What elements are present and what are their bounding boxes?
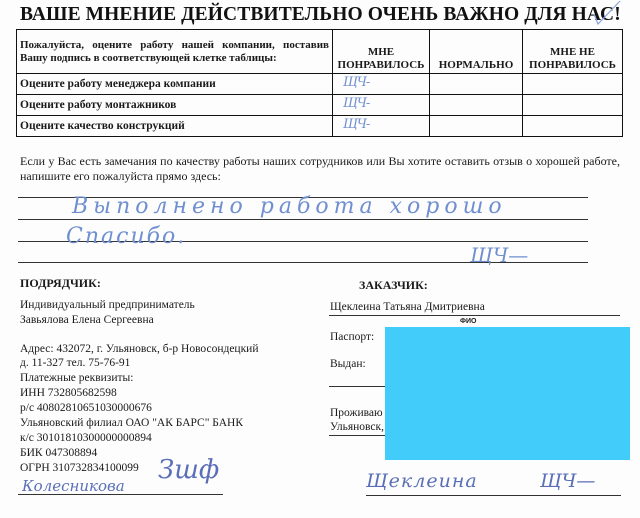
contractor-type: Индивидуальный предприниматель	[20, 298, 195, 313]
normal-cell[interactable]	[430, 95, 523, 116]
rating-table-header: Пожалуйста, оцените работу нашей компани…	[17, 30, 623, 74]
issued-line	[329, 386, 389, 387]
customer-name: Щеклеина Татьяна Дмитриевна	[330, 300, 485, 315]
contractor-signature[interactable]: Зшф	[158, 455, 219, 485]
customer-signature-line	[366, 495, 621, 496]
payment-heading: Платежные реквизиты:	[20, 371, 133, 386]
form-title: ВАШЕ МНЕНИЕ ДЕЙСТВИТЕЛЬНО ОЧЕНЬ ВАЖНО ДЛ…	[20, 4, 621, 26]
handwritten-feedback-signature: ЩЧ—	[470, 243, 528, 267]
disliked-cell[interactable]	[523, 95, 623, 116]
column-disliked-line1: МНЕ НЕ	[526, 46, 619, 59]
contractor-bik: БИК 047308894	[20, 446, 97, 461]
contractor-ogrn: ОГРН 310732834100099	[20, 461, 139, 476]
passport-label: Паспорт:	[330, 330, 374, 345]
contractor-heading: ПОДРЯДЧИК:	[20, 276, 101, 291]
normal-cell[interactable]	[430, 74, 523, 95]
normal-cell[interactable]	[430, 116, 523, 137]
residence-line1: Проживаю	[330, 406, 383, 421]
column-disliked: МНЕ НЕ ПОНРАВИЛОСЬ	[523, 30, 623, 74]
contractor-name: Завьялова Елена Сергеевна	[20, 313, 154, 328]
customer-signature-name[interactable]: Щеклеина	[366, 470, 478, 492]
handwritten-signature: ЩЧ-	[343, 75, 369, 90]
residence-line2: Ульяновск,	[330, 420, 384, 435]
customer-signature[interactable]: ЩЧ—	[540, 470, 595, 492]
column-normal-label: НОРМАЛЬНО	[433, 59, 519, 72]
table-intro: Пожалуйста, оцените работу нашей компани…	[20, 39, 329, 64]
contractor-bank: Ульяновский филиал ОАО "АК БАРС" БАНК	[20, 416, 243, 431]
fio-caption: ФИО	[460, 318, 476, 325]
disliked-cell[interactable]	[523, 74, 623, 95]
contractor-inn: ИНН 732805682598	[20, 386, 117, 401]
contractor-address-line1: Адрес: 432072, г. Ульяновск, б-р Новосон…	[20, 342, 258, 357]
handwritten-feedback-line1[interactable]: Выполнено работа хорошо	[72, 194, 507, 219]
handwritten-signature: ЩЧ-	[343, 96, 369, 111]
liked-cell[interactable]: ЩЧ-	[333, 116, 430, 137]
issued-label: Выдан:	[330, 357, 366, 372]
redaction-box	[385, 327, 630, 460]
question-installers: Оцените работу монтажников	[17, 95, 333, 116]
residence-line	[329, 435, 389, 436]
question-manager: Оцените работу менеджера компании	[17, 74, 333, 95]
question-constructions: Оцените качество конструкций	[17, 116, 333, 137]
contractor-signature-line	[18, 494, 223, 495]
contractor-signature-name[interactable]: Колесникова	[22, 477, 125, 495]
table-row: Оцените работу монтажников ЩЧ-	[17, 95, 623, 116]
liked-cell[interactable]: ЩЧ-	[333, 74, 430, 95]
customer-heading: ЗАКАЗЧИК:	[359, 278, 428, 293]
contractor-address-line2: д. 11-327 тел. 75-76-91	[20, 356, 130, 371]
column-disliked-line2: ПОНРАВИЛОСЬ	[526, 59, 619, 72]
contractor-account: р/с 40802810651030000676	[20, 401, 152, 416]
column-liked: МНЕ ПОНРАВИЛОСЬ	[333, 30, 430, 74]
customer-name-line	[329, 315, 620, 316]
table-row: Оцените работу менеджера компании ЩЧ-	[17, 74, 623, 95]
liked-cell[interactable]: ЩЧ-	[333, 95, 430, 116]
table-row: Оцените качество конструкций ЩЧ-	[17, 116, 623, 137]
column-liked-line1: МНЕ	[336, 46, 426, 59]
contractor-corr-account: к/с 30101810300000000894	[20, 431, 152, 446]
column-liked-line2: ПОНРАВИЛОСЬ	[336, 59, 426, 72]
column-normal: НОРМАЛЬНО	[430, 30, 523, 74]
disliked-cell[interactable]	[523, 116, 623, 137]
feedback-prompt: Если у Вас есть замечания по качеству ра…	[20, 154, 620, 184]
table-intro-cell: Пожалуйста, оцените работу нашей компани…	[17, 30, 333, 74]
handwritten-signature: ЩЧ-	[343, 117, 369, 132]
writing-line	[18, 219, 588, 220]
checkmark-icon	[592, 0, 622, 26]
rating-table: Пожалуйста, оцените работу нашей компани…	[16, 29, 623, 137]
handwritten-feedback-line2[interactable]: Спасибо.	[66, 224, 186, 249]
